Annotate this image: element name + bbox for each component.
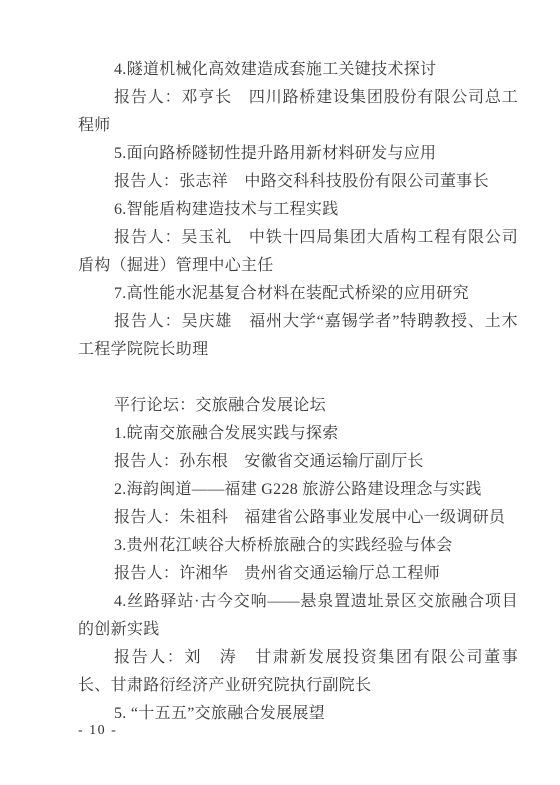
speaker-line: 报告人：吴玉礼 中铁十四局集团大盾构工程有限公司盾构（掘进）管理中心主任 xyxy=(78,224,518,280)
topic-item: 7.高性能水泥基复合材料在装配式桥梁的应用研究 xyxy=(78,280,518,308)
topic-item: 4.隧道机械化高效建造成套施工关键技术探讨 xyxy=(78,56,518,84)
topic-item: 1.皖南交旅融合发展实践与探索 xyxy=(78,420,518,448)
speaker-line: 报告人：邓亨长 四川路桥建设集团股份有限公司总工程师 xyxy=(78,84,518,140)
topic-item: 2.海韵闽道——福建 G228 旅游公路建设理念与实践 xyxy=(78,476,518,504)
speaker-line: 报告人：张志祥 中路交科科技股份有限公司董事长 xyxy=(78,168,518,196)
forum-section-heading: 平行论坛：交旅融合发展论坛 xyxy=(78,392,518,420)
speaker-line: 报告人：孙东根 安徽省交通运输厅副厅长 xyxy=(78,448,518,476)
topic-item: 3.贵州花江峡谷大桥桥旅融合的实践经验与体会 xyxy=(78,532,518,560)
topic-item: 5.面向路桥隧韧性提升路用新材料研发与应用 xyxy=(78,140,518,168)
topic-item: 5. “十五五”交旅融合发展展望 xyxy=(78,700,518,728)
speaker-line: 报告人：朱祖科 福建省公路事业发展中心一级调研员 xyxy=(78,504,518,532)
agenda-content: 4.隧道机械化高效建造成套施工关键技术探讨 报告人：邓亨长 四川路桥建设集团股份… xyxy=(0,0,560,728)
topic-item: 4.丝路驿站·古今交响——悬泉置遗址景区交旅融合项目的创新实践 xyxy=(78,588,518,644)
speaker-line: 报告人：吴庆雄 福州大学“嘉锡学者”特聘教授、土木工程学院院长助理 xyxy=(78,308,518,364)
page-number: - 10 - xyxy=(78,723,117,739)
speaker-line: 报告人：许湘华 贵州省交通运输厅总工程师 xyxy=(78,560,518,588)
speaker-line: 报告人：刘 涛 甘肃新发展投资集团有限公司董事长、甘肃路衍经济产业研究院执行副院… xyxy=(78,644,518,700)
document-page: 4.隧道机械化高效建造成套施工关键技术探讨 报告人：邓亨长 四川路桥建设集团股份… xyxy=(0,0,560,785)
topic-item: 6.智能盾构建造技术与工程实践 xyxy=(78,196,518,224)
